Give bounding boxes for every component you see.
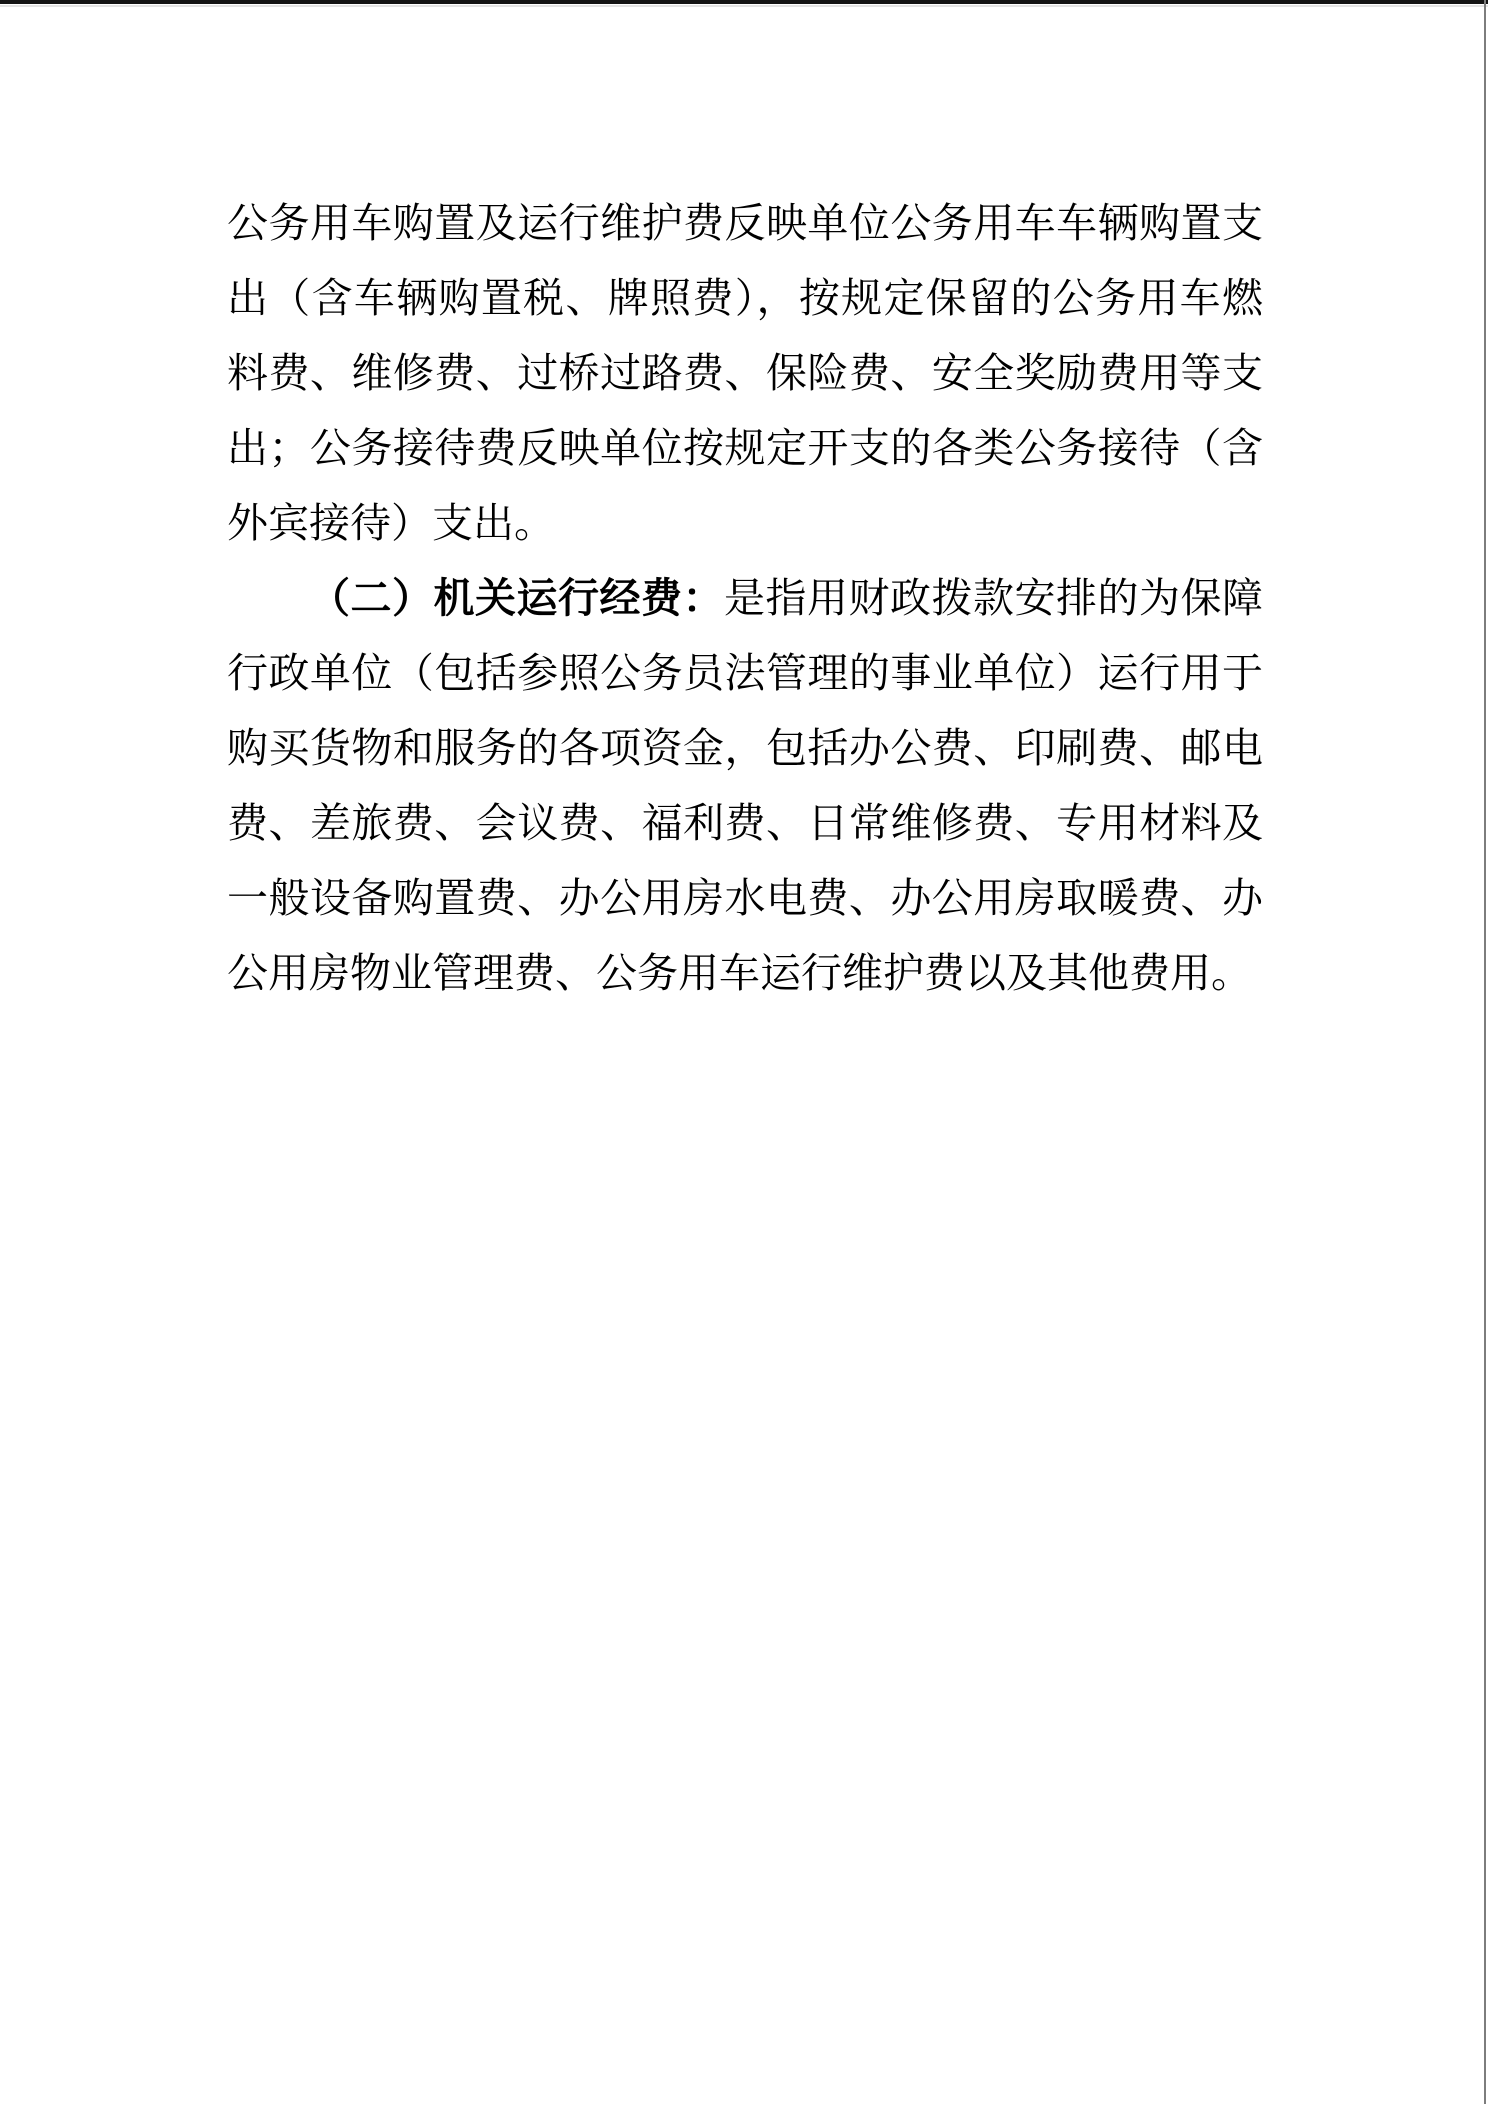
paragraph-text: 公务用车购置及运行维护费反映单位公务用车车辆购置支出（含车辆购置税、牌照费），按… [227,200,1263,546]
document-text-block: 公务用车购置及运行维护费反映单位公务用车车辆购置支出（含车辆购置税、牌照费），按… [227,186,1263,1011]
paragraph-bold-heading: （二）机关运行经费： [309,575,724,621]
top-border-bar [0,0,1488,4]
top-hairline-divider [0,5,1488,7]
paragraph-agency-operating-funds: （二）机关运行经费：是指用财政拨款安排的为保障行政单位（包括参照公务员法管理的事… [227,561,1263,1011]
paragraph-text: 是指用财政拨款安排的为保障行政单位（包括参照公务员法管理的事业单位）运行用于购买… [227,575,1263,996]
paragraph-vehicle-and-reception-expenses: 公务用车购置及运行维护费反映单位公务用车车辆购置支出（含车辆购置税、牌照费），按… [227,186,1263,561]
right-edge-divider [1484,0,1486,2104]
